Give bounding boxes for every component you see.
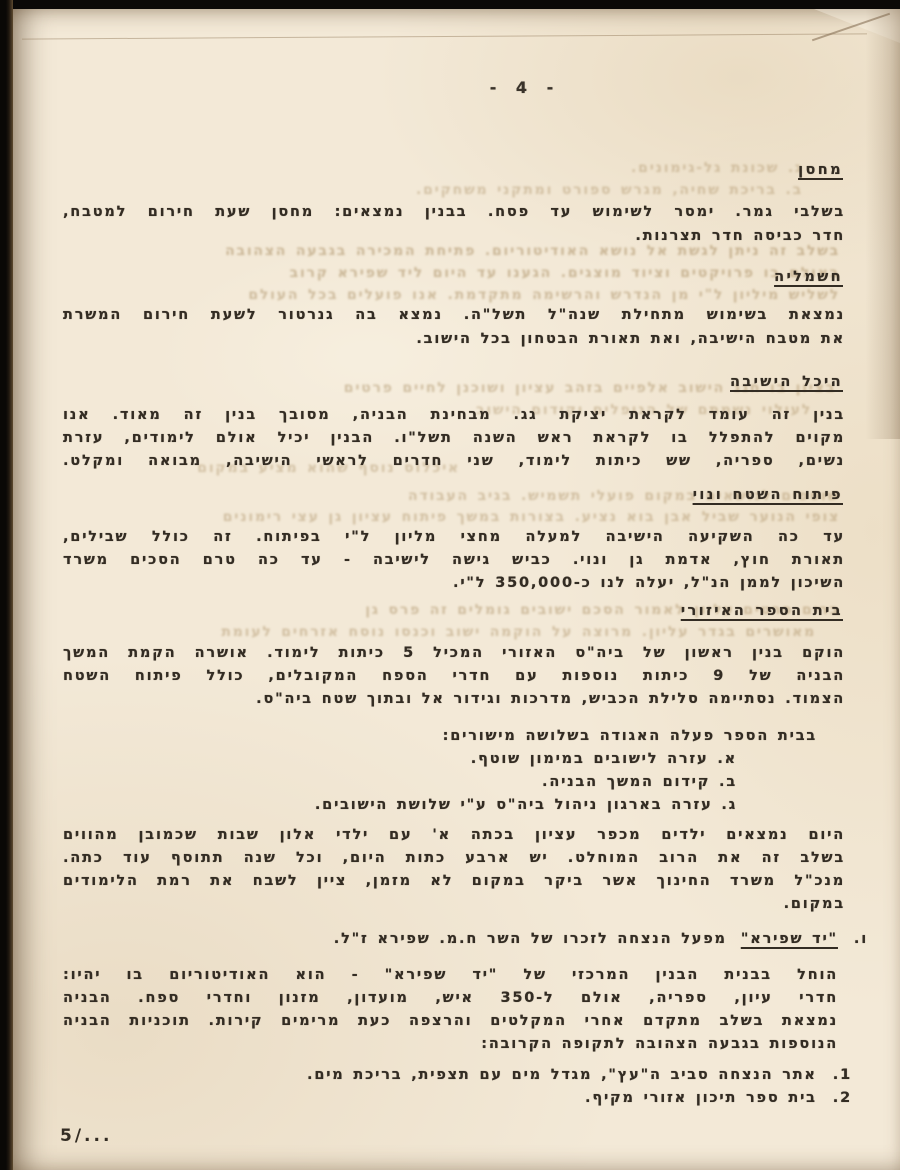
section-heading: היכל הישיבה bbox=[730, 373, 843, 392]
text-line: הבניה של 9 כיתות נוספות עם חדרי הספח המק… bbox=[63, 667, 845, 686]
section-heading: פיתוח השטח ונוי bbox=[693, 486, 843, 505]
text-line: היום נמצאים ילדים מכפר עציון בכתה א' עם … bbox=[63, 826, 845, 845]
text-line: בנין זה עומד לקראת יציקת גג. מבחינת הבני… bbox=[63, 406, 845, 425]
list-intro: בבית הספר פעלה האגודה בשלושה מישורים: bbox=[443, 727, 817, 746]
scan-edge-left bbox=[0, 0, 13, 1170]
item-number: 2. bbox=[833, 1090, 852, 1106]
text-line: בשלבי גמר. ימסר לשימוש עד פסח. בבנין נמצ… bbox=[63, 203, 845, 222]
bleed-through-line: לשליש מיליון ל"י מן הנדרש והרשימה מתקדמת… bbox=[248, 287, 840, 303]
text-line: הוחל בבנית הבנין המרכזי של "יד שפירא" - … bbox=[63, 966, 838, 985]
bleed-through-line: ג. שכונת גל-גימונים. bbox=[631, 160, 803, 176]
bleed-through-line: ב. בריכת שחיה, מגרש ספורט ומתקני משחקים. bbox=[416, 182, 803, 198]
text-line: תאורת חוץ, אדמת גן ונוי. כביש גישה לישיב… bbox=[63, 551, 845, 570]
text-line: חדר כביסה חדר תצרנות. bbox=[635, 227, 845, 246]
scan-edge-top bbox=[0, 0, 900, 9]
section-heading: חשמליה bbox=[774, 268, 843, 287]
list-item-text: בית ספר תיכון אזורי מקיף. bbox=[585, 1090, 817, 1106]
item-number: ו. bbox=[854, 931, 868, 947]
list-item: ג. עזרה בארגון ניהול ביה"ס ע"י שלושת היש… bbox=[315, 796, 737, 815]
scanned-document-page: { "page": { "number": "- 4 -", "continua… bbox=[0, 0, 900, 1170]
bleed-through-line: צופי הנוער שביל אבן בוא נציע. בצורות במש… bbox=[223, 509, 840, 525]
text-line: נמצאת בשלב מתקדם אחרי המקלטים והרצפה כעת… bbox=[63, 1012, 838, 1031]
section-subtitle: מפעל הנצחה לזכרו של השר ח.מ. שפירא ז"ל. bbox=[334, 931, 727, 947]
section-title-inline: "יד שפירא" bbox=[741, 931, 838, 947]
list-item: א. עזרה לישובים במימון שוטף. bbox=[471, 750, 737, 769]
text-line: במקום. bbox=[784, 895, 845, 914]
text-line: הנוספות בגבעה הצהובה לתקופה הקרובה: bbox=[481, 1035, 838, 1054]
text-line: הצמוד. נסתיימה סלילת הכביש, מדרכות וגידו… bbox=[256, 690, 845, 709]
text-line: נשים, ספריה, שש כיתות לימוד, שני חדרים ל… bbox=[63, 452, 845, 471]
paper-curl-shadow bbox=[852, 9, 900, 439]
list-item: ב. קידום המשך הבניה. bbox=[542, 773, 737, 792]
section-heading: בית הספר האיזורי bbox=[681, 602, 843, 621]
section-heading: מחסן bbox=[798, 161, 843, 180]
text-line: בשלב זה את הרוב המוחלט. יש ארבע כתות היו… bbox=[63, 849, 845, 868]
list-item: 2.בית ספר תיכון אזורי מקיף. bbox=[585, 1089, 852, 1108]
continuation-marker: 5/... bbox=[60, 1126, 112, 1146]
text-line: עד כה השקיעה הישיבה למעלה מחצי מליון ל"י… bbox=[63, 528, 845, 547]
text-line: השיכון לממן הנ"ל, יעלה לנו כ-350,000 ל"י… bbox=[453, 574, 845, 593]
list-item-text: אתר הנצחה סביב ה"עץ", מגדל מים עם תצפית,… bbox=[307, 1067, 817, 1083]
text-line: מקוים להתפלל בו לקראת ראש השנה תשל"ו. הב… bbox=[63, 429, 845, 448]
text-line: נמצאת בשימוש מתחילת שנה"ל תשל"ה. נמצא בה… bbox=[63, 306, 845, 325]
bleed-through-line: באולם בו פרויקטים וציוד מוצגים. הגענו עד… bbox=[290, 265, 840, 281]
item-number: 1. bbox=[833, 1067, 852, 1083]
bleed-through-line: מאושרים בגדר עליון. מרוצה על הוקמה ישוב … bbox=[221, 624, 816, 640]
text-line: את מטבח הישיבה, ואת תאורת הבטחון בכל היש… bbox=[416, 330, 845, 349]
numbered-section-line: ו."יד שפירא"מפעל הנצחה לזכרו של השר ח.מ.… bbox=[334, 930, 868, 949]
list-item: 1.אתר הנצחה סביב ה"עץ", מגדל מים עם תצפי… bbox=[307, 1066, 852, 1085]
page-number: - 4 - bbox=[455, 78, 595, 97]
text-line: הוקם בנין ראשון של ביה"ס האזורי המכיל 5 … bbox=[63, 644, 845, 663]
text-line: חדרי עיון, ספריה, אולם ל-350 איש, מועדון… bbox=[63, 989, 838, 1008]
text-line: מנכ"ל משרד החינוך אשר ביקר במקום לא מזמן… bbox=[63, 872, 845, 891]
